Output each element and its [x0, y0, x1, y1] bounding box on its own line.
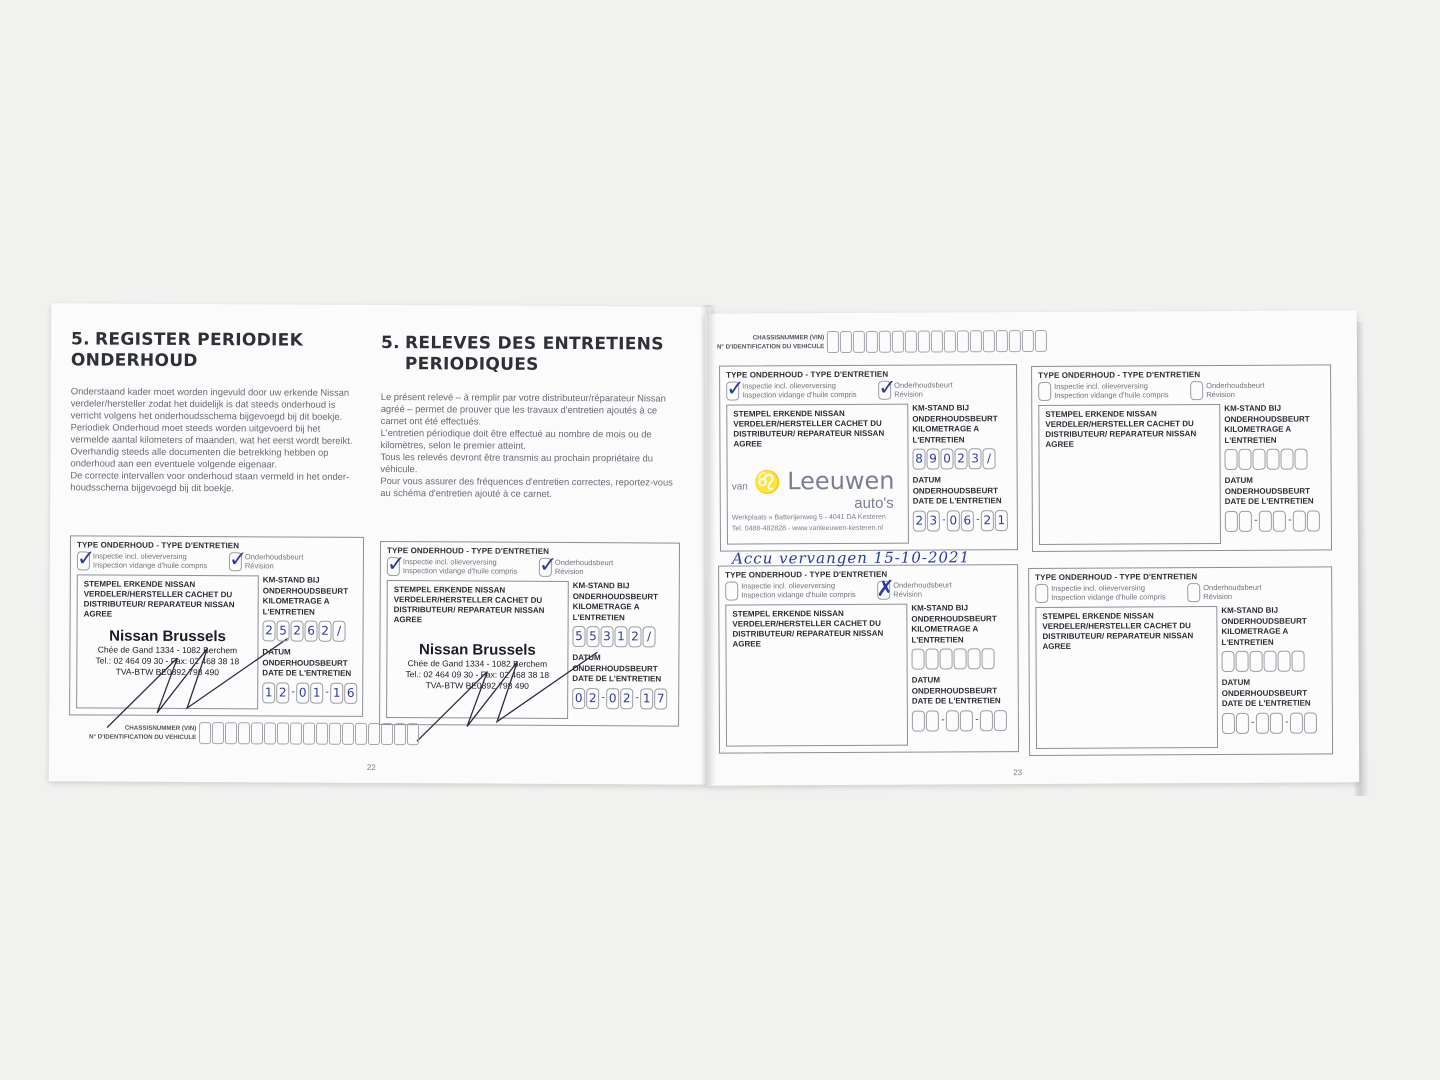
stamp-label: STEMPEL ERKENDE NISSAN VERDELER/HERSTELL… — [732, 609, 902, 650]
title-line-2: PERIODIQUES — [381, 354, 539, 375]
vin-labels: CHASSISNUMMER (VIN)N° D'IDENTIFICATION D… — [717, 333, 824, 352]
option-label-nl: Onderhoudsbeurt — [1206, 381, 1264, 390]
km-label: KM-STAND BIJ ONDERHOUDSBEURT — [912, 403, 1012, 425]
check-mark-icon: ✓ — [77, 550, 96, 568]
dealer-stamp-area: STEMPEL ERKENDE NISSAN VERDELER/HERSTELL… — [1035, 606, 1218, 749]
km-digit-cell[interactable] — [1222, 651, 1235, 672]
intro-paragraph: De correcte intervallen voor onderhoud s… — [70, 469, 360, 495]
date-digit-cell[interactable] — [960, 710, 973, 731]
km-field[interactable] — [912, 648, 1012, 670]
date-digit-cell[interactable]: 2 — [586, 688, 599, 709]
vin-cell[interactable] — [394, 723, 406, 745]
option-label-fr: Inspection vidange d'huile compris — [1054, 390, 1168, 400]
km-digit-cell[interactable]: 9 — [926, 448, 939, 469]
vin-cell[interactable] — [303, 723, 315, 745]
dealer-stamp-area: STEMPEL ERKENDE NISSAN VERDELER/HERSTELL… — [1038, 404, 1221, 545]
vin-cell[interactable] — [840, 331, 852, 353]
date-digit-cell[interactable]: 0 — [947, 510, 960, 531]
check-mark-icon: ✓ — [387, 556, 406, 574]
intro-paragraph: Le présent relevé – à remplir par votre … — [381, 391, 676, 429]
service-entry-card: TYPE ONDERHOUD - TYPE D'ENTRETIENInspect… — [1031, 364, 1332, 552]
date-label-fr: DATE DE L'ENTRETIEN — [912, 696, 1012, 707]
km-label-fr: KILOMETRAGE A L'ENTRETIEN — [911, 624, 1011, 646]
vin-cell[interactable] — [931, 330, 943, 352]
vin-cell[interactable] — [866, 331, 878, 353]
km-digit-cell[interactable]: 6 — [304, 621, 317, 642]
vin-cell[interactable] — [251, 722, 263, 744]
vin-cell[interactable] — [1035, 330, 1047, 352]
vin-labels: CHASSISNUMMER (VIN)N° D'IDENTIFICATION D… — [89, 723, 196, 742]
intro-paragraph: Overhandig steeds alle documenten die be… — [70, 445, 360, 471]
km-digit-cell[interactable]: 3 — [968, 448, 981, 469]
stamp-name: Leeuwen — [787, 467, 894, 496]
stamp-line: Werkplaats » Batterijenweg 5 - 4041 DA K… — [732, 512, 908, 524]
service-entry-card: TYPE ONDERHOUD - TYPE D'ENTRETIENInspect… — [379, 541, 680, 727]
km-digit-cell[interactable] — [940, 648, 953, 669]
date-digit-cell[interactable] — [1225, 510, 1238, 531]
date-label-fr: DATE DE L'ENTRETIEN — [913, 496, 1013, 507]
date-digit-cell[interactable] — [1307, 510, 1320, 531]
km-digit-cell[interactable]: 3 — [600, 626, 613, 647]
type-header: TYPE ONDERHOUD - TYPE D'ENTRETIEN — [1035, 572, 1197, 582]
km-date-column: KM-STAND BIJ ONDERHOUDSBEURTKILOMETRAGE … — [262, 575, 363, 709]
km-field[interactable]: 55312/ — [572, 626, 672, 648]
date-digit-cell[interactable]: 0 — [606, 688, 619, 709]
date-digit-cell[interactable] — [1239, 510, 1252, 531]
km-digit-cell[interactable] — [954, 648, 967, 669]
vin-cell[interactable] — [957, 330, 969, 352]
option-label-fr: Révision — [893, 589, 951, 598]
date-field[interactable]: -- — [1225, 510, 1325, 532]
type-header: TYPE ONDERHOUD - TYPE D'ENTRETIEN — [725, 570, 887, 580]
service-entry-card: TYPE ONDERHOUD - TYPE D'ENTRETIENInspect… — [69, 535, 364, 717]
option-label-fr: Inspection vidange d'huile compris — [403, 566, 517, 576]
date-label: DATUM ONDERHOUDSBEURT — [572, 653, 672, 675]
km-label-fr: KILOMETRAGE A L'ENTRETIEN — [1224, 424, 1324, 446]
km-field[interactable]: 89023/ — [912, 448, 1012, 470]
date-label: DATUM ONDERHOUDSBEURT — [1225, 475, 1325, 497]
option-label-nl: Onderhoudsbeurt — [1203, 583, 1261, 592]
dealer-stamp-area: STEMPEL ERKENDE NISSAN VERDELER/HERSTELL… — [726, 404, 909, 545]
option-label-nl: Onderhoudsbeurt — [555, 558, 613, 567]
revision-option-label: OnderhoudsbeurtRévision — [555, 558, 613, 576]
intro-paragraph: Pour vous assurer des fréquences d'entre… — [380, 475, 675, 501]
dealer-stamp-area: STEMPEL ERKENDE NISSAN VERDELER/HERSTELL… — [725, 604, 908, 747]
type-header: TYPE ONDERHOUD - TYPE D'ENTRETIEN — [726, 370, 888, 380]
km-digit-cell[interactable] — [1280, 449, 1293, 470]
revision-option-label: OnderhoudsbeurtRévision — [1203, 583, 1261, 601]
dealer-stamp: Nissan BrusselsChée de Gand 1334 - 1082 … — [77, 627, 257, 678]
vin-field: CHASSISNUMMER (VIN)N° D'IDENTIFICATION D… — [89, 721, 420, 745]
section-number: 5. — [381, 333, 405, 354]
date-digit-cell[interactable] — [980, 710, 993, 731]
vin-cell[interactable] — [970, 330, 982, 352]
km-digit-cell[interactable]: 2 — [262, 620, 275, 641]
stamp-label: STEMPEL ERKENDE NISSAN VERDELER/HERSTELL… — [84, 579, 254, 620]
dealer-stamp: Nissan BrusselsChée de Gand 1334 - 1082 … — [387, 641, 567, 692]
revision-option-label: OnderhoudsbeurtRévision — [1206, 381, 1264, 399]
km-digit-cell[interactable] — [1252, 449, 1265, 470]
date-digit-cell[interactable] — [1270, 712, 1283, 733]
inspection-option-label: Inspectie incl. olieverversingInspection… — [1051, 583, 1166, 602]
km-label: KM-STAND BIJ ONDERHOUDSBEURT — [263, 575, 363, 597]
date-field[interactable]: 02-02-17 — [572, 688, 672, 710]
km-digit-cell[interactable]: 1 — [614, 626, 627, 647]
intro-paragraph: L'entretien périodique doit être effectu… — [380, 427, 675, 453]
vin-cell[interactable] — [212, 722, 224, 744]
title-line-2: ONDERHOUD — [71, 350, 198, 371]
km-label: KM-STAND BIJ ONDERHOUDSBEURT — [1224, 403, 1324, 425]
date-digit-cell[interactable]: 0 — [572, 688, 585, 709]
vin-cell[interactable] — [853, 331, 865, 353]
km-digit-cell[interactable]: / — [332, 621, 345, 642]
vin-cell[interactable] — [316, 723, 328, 745]
handwritten-note: Accu vervangen 15-10-2021 — [732, 548, 970, 567]
date-label: DATUM ONDERHOUDSBEURT — [262, 647, 362, 669]
km-digit-cell[interactable] — [1236, 651, 1249, 672]
service-entry-card: TYPE ONDERHOUD - TYPE D'ENTRETIENInspect… — [719, 364, 1018, 552]
stamp-subtitle: auto's — [732, 495, 908, 513]
cross-mark-icon: ✗ — [876, 581, 895, 599]
date-digit-cell[interactable]: 1 — [640, 688, 653, 709]
date-digit-cell[interactable] — [926, 710, 939, 731]
date-digit-cell[interactable] — [1259, 510, 1272, 531]
date-label: DATUM ONDERHOUDSBEURT — [912, 675, 1012, 697]
check-mark-icon: ✓ — [878, 380, 897, 398]
date-digit-cell[interactable]: 3 — [927, 510, 940, 531]
type-header: TYPE ONDERHOUD - TYPE D'ENTRETIEN — [1038, 370, 1200, 380]
km-label: KM-STAND BIJ ONDERHOUDSBEURT — [911, 603, 1011, 625]
km-digit-cell[interactable]: 2 — [290, 621, 303, 642]
vin-cell[interactable] — [290, 723, 302, 745]
service-entry-card: TYPE ONDERHOUD - TYPE D'ENTRETIENInspect… — [718, 564, 1019, 754]
km-digit-cell[interactable]: 2 — [954, 448, 967, 469]
option-label-fr: Inspection vidange d'huile compris — [1051, 592, 1165, 602]
inspection-option-label: Inspectie incl. olieverversingInspection… — [741, 581, 856, 600]
option-label-fr: Révision — [245, 561, 303, 570]
vin-cell[interactable] — [996, 330, 1008, 352]
km-digit-cell[interactable] — [926, 648, 939, 669]
type-header: TYPE ONDERHOUD - TYPE D'ENTRETIEN — [77, 540, 239, 550]
vin-cell[interactable] — [905, 331, 917, 353]
option-label-fr: Inspection vidange d'huile compris — [93, 560, 207, 570]
check-mark-icon: ✓ — [726, 381, 745, 399]
vin-cell[interactable] — [199, 722, 211, 744]
date-digit-cell[interactable]: 1 — [995, 510, 1008, 531]
date-digit-cell[interactable] — [946, 710, 959, 731]
left-page: 5.REGISTER PERIODIEK ONDERHOUD Onderstaa… — [49, 303, 711, 784]
date-digit-cell[interactable] — [1273, 510, 1286, 531]
date-digit-cell[interactable] — [1222, 712, 1235, 733]
vin-cell[interactable] — [342, 723, 354, 745]
km-digit-cell[interactable] — [1292, 651, 1305, 672]
option-label-fr: Révision — [555, 567, 613, 576]
inspection-option-label: Inspectie incl. olieverversingInspection… — [742, 381, 857, 400]
date-label-fr: DATE DE L'ENTRETIEN — [262, 668, 362, 679]
km-label-fr: KILOMETRAGE A L'ENTRETIEN — [1221, 626, 1321, 648]
option-label-fr: Inspection vidange d'huile compris — [742, 390, 856, 400]
km-digit-cell[interactable]: 8 — [912, 449, 925, 470]
vin-field: CHASSISNUMMER (VIN)N° D'IDENTIFICATION D… — [717, 330, 1048, 354]
revision-checkbox[interactable] — [1187, 583, 1200, 602]
revision-option-label: OnderhoudsbeurtRévision — [894, 380, 952, 398]
date-label-fr: DATE DE L'ENTRETIEN — [1225, 496, 1325, 507]
km-digit-cell[interactable] — [1224, 449, 1237, 470]
booklet-gutter — [700, 305, 716, 785]
vin-cells — [199, 722, 420, 745]
date-digit-cell[interactable] — [1256, 712, 1269, 733]
date-field[interactable]: -- — [912, 710, 1012, 732]
km-date-column: KM-STAND BIJ ONDERHOUDSBEURTKILOMETRAGE … — [911, 603, 1012, 737]
option-label-nl: Onderhoudsbeurt — [245, 552, 303, 561]
option-label-nl: Onderhoudsbeurt — [894, 380, 952, 389]
km-digit-cell[interactable] — [1264, 651, 1277, 672]
km-digit-cell[interactable]: 5 — [586, 626, 599, 647]
inspection-checkbox[interactable] — [725, 582, 738, 601]
vin-cell[interactable] — [879, 331, 891, 353]
date-digit-cell[interactable]: 2 — [276, 682, 289, 703]
dealer-stamp: van♌Leeuwenauto'sWerkplaats » Batterijen… — [732, 467, 908, 535]
vin-cell[interactable] — [944, 330, 956, 352]
date-digit-cell[interactable] — [1236, 712, 1249, 733]
revision-option-label: OnderhoudsbeurtRévision — [893, 580, 951, 598]
option-label-nl: Onderhoudsbeurt — [893, 580, 951, 589]
date-label: DATUM ONDERHOUDSBEURT — [1222, 677, 1322, 699]
km-digit-cell[interactable]: / — [982, 448, 995, 469]
km-digit-cell[interactable] — [968, 648, 981, 669]
date-digit-cell[interactable]: 7 — [654, 688, 667, 709]
revision-option-label: OnderhoudsbeurtRévision — [245, 552, 303, 570]
section-title-nl: 5.REGISTER PERIODIEK ONDERHOUD — [71, 329, 361, 373]
vin-cell[interactable] — [892, 331, 904, 353]
vin-cell[interactable] — [1009, 330, 1021, 352]
option-label-fr: Inspection vidange d'huile compris — [741, 590, 855, 600]
vin-cell[interactable] — [1022, 330, 1034, 352]
stamp-label: STEMPEL ERKENDE NISSAN VERDELER/HERSTELL… — [1042, 611, 1212, 652]
km-date-column: KM-STAND BIJ ONDERHOUDSBEURTKILOMETRAGE … — [912, 403, 1013, 537]
check-mark-icon: ✓ — [539, 557, 558, 575]
option-label-fr: Révision — [894, 389, 952, 398]
km-digit-cell[interactable] — [1238, 449, 1251, 470]
intro-paragraph: Tous les relevés devront être transmis a… — [380, 451, 675, 477]
km-digit-cell[interactable] — [1294, 449, 1307, 470]
km-label-fr: KILOMETRAGE A L'ENTRETIEN — [912, 424, 1012, 446]
date-digit-cell[interactable]: 6 — [961, 510, 974, 531]
inspection-option-label: Inspectie incl. olieverversingInspection… — [93, 551, 208, 570]
date-label-fr: DATE DE L'ENTRETIEN — [1222, 698, 1322, 709]
km-label: KM-STAND BIJ ONDERHOUDSBEURT — [573, 581, 673, 603]
km-label-fr: KILOMETRAGE A L'ENTRETIEN — [573, 602, 673, 624]
check-mark-icon: ✓ — [229, 551, 248, 569]
date-digit-cell[interactable]: 2 — [620, 688, 633, 709]
date-digit-cell[interactable] — [912, 710, 925, 731]
km-field[interactable] — [1224, 448, 1324, 470]
vin-cell[interactable] — [407, 723, 419, 745]
section-title-fr: 5.RELEVES DES ENTRETIENS PERIODIQUES — [381, 333, 681, 377]
km-digit-cell[interactable] — [1266, 449, 1279, 470]
km-digit-cell[interactable]: 0 — [940, 448, 953, 469]
km-label: KM-STAND BIJ ONDERHOUDSBEURT — [1221, 605, 1321, 627]
vin-cell[interactable] — [264, 722, 276, 744]
km-field[interactable]: 25262/ — [262, 620, 362, 642]
km-digit-cell[interactable] — [912, 649, 925, 670]
stamp-prefix: van — [732, 481, 748, 492]
date-digit-cell[interactable]: 2 — [981, 510, 994, 531]
date-label-fr: DATE DE L'ENTRETIEN — [572, 674, 672, 685]
vin-cell[interactable] — [827, 331, 839, 353]
stamp-label: STEMPEL ERKENDE NISSAN VERDELER/HERSTELL… — [733, 409, 903, 450]
date-label: DATUM ONDERHOUDSBEURT — [913, 475, 1013, 497]
km-date-column: KM-STAND BIJ ONDERHOUDSBEURTKILOMETRAGE … — [572, 581, 673, 715]
km-digit-cell[interactable] — [982, 648, 995, 669]
date-field[interactable]: 12-01-16 — [262, 682, 362, 704]
km-digit-cell[interactable] — [1278, 651, 1291, 672]
date-digit-cell[interactable]: 2 — [913, 510, 926, 531]
km-date-column: KM-STAND BIJ ONDERHOUDSBEURTKILOMETRAGE … — [1224, 403, 1325, 537]
date-digit-cell[interactable] — [994, 710, 1007, 731]
date-digit-cell[interactable]: 0 — [296, 682, 309, 703]
date-digit-cell[interactable] — [1290, 712, 1303, 733]
date-digit-cell[interactable]: 1 — [310, 682, 323, 703]
vin-cell[interactable] — [277, 722, 289, 744]
date-digit-cell[interactable]: 1 — [262, 682, 275, 703]
title-line-1: RELEVES DES ENTRETIENS — [405, 333, 664, 354]
service-entry-card: TYPE ONDERHOUD - TYPE D'ENTRETIENInspect… — [1028, 566, 1333, 756]
title-line-1: REGISTER PERIODIEK — [95, 330, 303, 351]
date-digit-cell[interactable] — [1304, 712, 1317, 733]
option-label-fr: Révision — [1203, 592, 1261, 601]
intro-paragraph: Onderstaand kader moet worden ingevuld d… — [71, 385, 361, 423]
intro-text-nl: Onderstaand kader moet worden ingevuld d… — [70, 385, 361, 495]
vin-cell[interactable] — [381, 723, 393, 745]
vin-cell[interactable] — [983, 330, 995, 352]
km-digit-cell[interactable]: 5 — [572, 626, 585, 647]
inspection-checkbox[interactable] — [1038, 382, 1051, 401]
page-number: 22 — [367, 763, 376, 772]
km-date-column: KM-STAND BIJ ONDERHOUDSBEURTKILOMETRAGE … — [1221, 605, 1322, 739]
lion-logo-icon: ♌ — [754, 469, 782, 494]
vin-cells — [827, 330, 1048, 353]
intro-text-fr: Le présent relevé – à remplir par votre … — [380, 391, 676, 501]
inspection-option-label: Inspectie incl. olieverversingInspection… — [1054, 381, 1169, 400]
km-digit-cell[interactable] — [1250, 651, 1263, 672]
date-digit-cell[interactable] — [1293, 510, 1306, 531]
date-digit-cell[interactable]: 6 — [344, 682, 357, 703]
inspection-checkbox[interactable] — [1035, 584, 1048, 603]
date-digit-cell[interactable]: 1 — [330, 682, 343, 703]
km-digit-cell[interactable]: 2 — [318, 621, 331, 642]
vin-cell[interactable] — [918, 331, 930, 353]
revision-checkbox[interactable] — [1190, 381, 1203, 400]
km-digit-cell[interactable]: 2 — [628, 626, 641, 647]
vin-cell[interactable] — [355, 723, 367, 745]
date-field[interactable]: 23-06-21 — [913, 510, 1013, 532]
stamp-label: STEMPEL ERKENDE NISSAN VERDELER/HERSTELL… — [394, 585, 564, 626]
km-digit-cell[interactable]: 5 — [276, 620, 289, 641]
date-field[interactable]: -- — [1222, 712, 1322, 734]
km-digit-cell[interactable]: / — [642, 626, 655, 647]
stamp-line: Tel. 0488-482828 · www.vanleeuwen-kester… — [732, 523, 908, 535]
dealer-stamp-area: STEMPEL ERKENDE NISSAN VERDELER/HERSTELL… — [386, 580, 569, 719]
vin-cell[interactable] — [225, 722, 237, 744]
stamp-label: STEMPEL ERKENDE NISSAN VERDELER/HERSTELL… — [1045, 409, 1215, 450]
vin-label-fr: N° D'IDENTIFICATION DU VEHICULE — [717, 342, 824, 352]
vin-label-fr: N° D'IDENTIFICATION DU VEHICULE — [89, 732, 196, 742]
inspection-option-label: Inspectie incl. olieverversingInspection… — [403, 557, 518, 576]
km-label-fr: KILOMETRAGE A L'ENTRETIEN — [263, 596, 363, 618]
right-page: CHASSISNUMMER (VIN)N° D'IDENTIFICATION D… — [705, 310, 1359, 785]
dealer-stamp-area: STEMPEL ERKENDE NISSAN VERDELER/HERSTELL… — [76, 574, 259, 709]
intro-paragraph: Periodiek Onderhoud moet steeds worden u… — [71, 421, 361, 447]
vin-cell[interactable] — [238, 722, 250, 744]
vin-cell[interactable] — [329, 723, 341, 745]
type-header: TYPE ONDERHOUD - TYPE D'ENTRETIEN — [387, 546, 549, 556]
section-number: 5. — [71, 329, 95, 350]
vin-cell[interactable] — [368, 723, 380, 745]
page-number: 23 — [1013, 768, 1022, 777]
option-label-fr: Révision — [1206, 390, 1264, 399]
km-field[interactable] — [1222, 650, 1322, 672]
